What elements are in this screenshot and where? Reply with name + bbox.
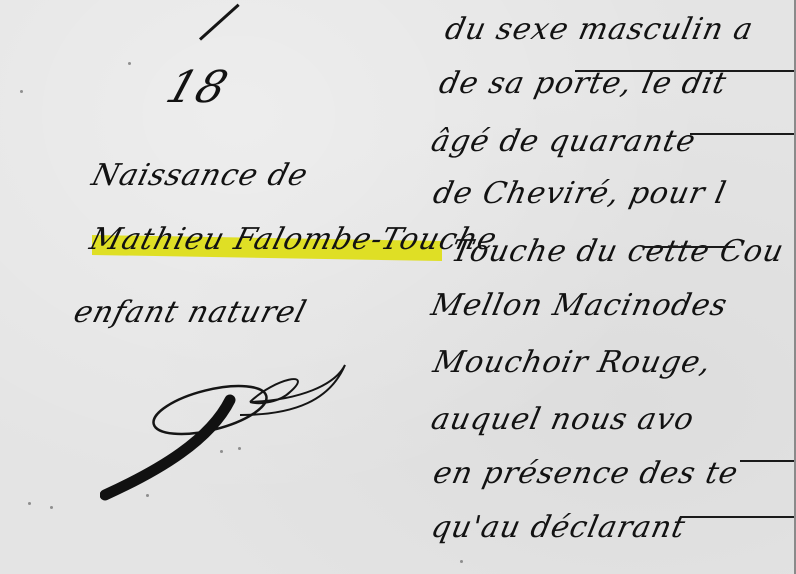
strike-through <box>690 133 796 135</box>
body-line-6: Mellon Macinodes <box>428 288 731 323</box>
strike-through <box>680 516 796 518</box>
body-line-5: Touche du cette Cou <box>448 234 787 269</box>
strike-through <box>575 70 796 72</box>
paper-speck <box>128 62 131 65</box>
body-line-9: en présence des te <box>430 456 742 491</box>
margin-line-enfant-naturel: enfant naturel <box>70 295 311 330</box>
body-line-3: âgé de quarante <box>428 124 699 159</box>
body-line-10: qu'au déclarant <box>428 510 689 545</box>
paper-speck <box>28 502 31 505</box>
strike-through <box>645 246 735 248</box>
body-line-8: auquel nous avo <box>428 402 698 437</box>
margin-line-name: Mathieu Falombe-Touche <box>86 222 501 257</box>
margin-line-naissance: Naissance de <box>88 158 312 193</box>
strike-through <box>740 460 796 462</box>
entry-number-flourish <box>199 4 240 41</box>
entry-number: 18 <box>160 62 235 113</box>
paper-speck <box>50 506 53 509</box>
document-scan: 18 Naissance de Mathieu Falombe-Touche e… <box>0 0 796 574</box>
paper-speck <box>460 560 463 563</box>
paraph-signature-icon <box>100 360 360 510</box>
paper-speck <box>20 90 23 93</box>
body-line-1: du sexe masculin a <box>442 12 757 47</box>
body-line-4: de Cheviré, pour l <box>430 176 730 211</box>
body-line-7: Mouchoir Rouge, <box>430 345 715 380</box>
